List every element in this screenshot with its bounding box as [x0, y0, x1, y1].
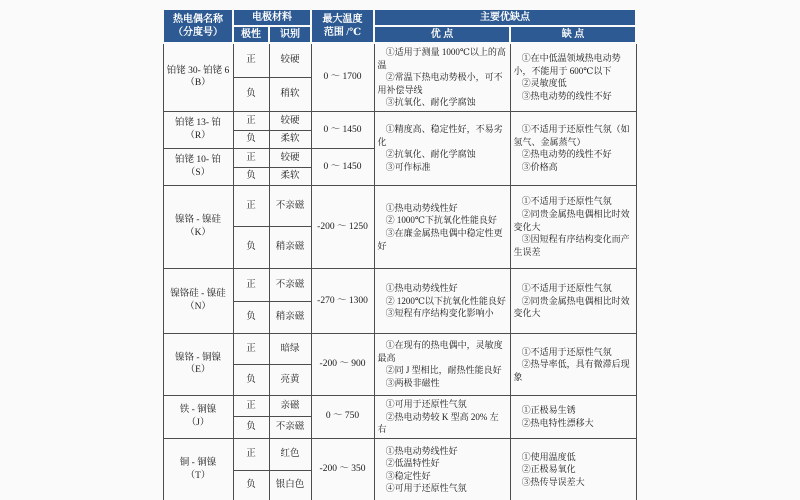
thermocouple-name: 铁 - 铜镍 （J） [163, 395, 233, 438]
advantages-cell: ①在现有的热电偶中，灵敏度最高 ②同 J 型相比，耐热性能良好 ③两极非磁性 [374, 333, 510, 395]
table-row: 铜 - 铜镍 （T） 正 红色 -200 ～ 350 ①热电动势线性好 ②低温特… [163, 438, 636, 470]
temp-range-cell: -200 ～ 1250 [311, 185, 374, 268]
advantage-item: ③两极非磁性 [378, 377, 507, 390]
disadvantages-cell: ①使用温度低 ②正极易氧化 ③热传导误差大 [510, 438, 636, 500]
polarity-cell: 负 [233, 417, 269, 438]
disadvantages-cell: ①不适用于还原性气氛 ②热导率低，具有微滞后现象 [510, 333, 636, 395]
temp-range-cell: 0 ～ 1450 [311, 111, 374, 148]
advantage-item: ②热电动势较 K 型高 20% 左右 [378, 411, 507, 436]
header-name-line1: 热电偶名称 [166, 13, 230, 27]
advantage-item: ② 1200℃以下抗氧化性能良好 [378, 295, 507, 308]
identification-cell: 柔软 [269, 130, 311, 148]
polarity-cell: 正 [233, 148, 269, 167]
advantages-cell: ①热电动势线性好 ② 1200℃以下抗氧化性能良好 ③短程有序结构变化影响小 [374, 268, 510, 333]
advantage-item: ③在廉金属热电偶中稳定性更好 [378, 227, 507, 252]
polarity-cell: 负 [233, 130, 269, 148]
disadvantage-item: ③因短程有序结构变化而产生误差 [514, 233, 633, 258]
header-material: 电极材料 [233, 9, 311, 26]
code-line: （B） [166, 77, 231, 90]
disadvantages-cell: ①正极易生锈 ②热电特性漂移大 [510, 395, 636, 438]
header-advantages: 优 点 [374, 26, 510, 43]
code-line: （J） [166, 417, 231, 430]
advantages-cell: ①热电动势线性好 ②低温特性好 ③稳定性好 ④可用于还原性气氛 [374, 438, 510, 500]
disadvantage-item: ①不适用于还原性气氛（如氢气、金属蒸气） [514, 123, 633, 148]
disadvantage-item: ②热导率低，具有微滞后现象 [514, 358, 633, 383]
advantage-item: ①在现有的热电偶中，灵敏度最高 [378, 339, 507, 364]
disadvantage-item: ①不适用于还原性气氛 [514, 195, 633, 208]
code-line: （K） [166, 227, 231, 240]
disadvantage-item: ②灵敏度低 [514, 77, 633, 90]
advantage-item: ①热电动势线性好 [378, 445, 507, 458]
table-row: 镍铬 - 铜镍 （E） 正 暗绿 -200 ～ 900 ①在现有的热电偶中，灵敏… [163, 333, 636, 364]
name-line: 镍铬 - 镍硅 [166, 214, 231, 227]
temp-range-cell: 0 ～ 1450 [311, 148, 374, 185]
disadvantage-item: ①使用温度低 [514, 451, 633, 464]
identification-cell: 暗绿 [269, 333, 311, 364]
disadvantage-item: ①不适用于还原性气氛 [514, 282, 633, 295]
advantage-item: ②同 J 型相比，耐热性能良好 [378, 364, 507, 377]
polarity-cell: 负 [233, 301, 269, 333]
thermocouple-name: 铂铑 10- 铂 （S） [163, 148, 233, 185]
disadvantages-cell: ①不适用于还原性气氛（如氢气、金属蒸气） ②热电动势的线性不好 ③价格高 [510, 111, 636, 185]
identification-cell: 稍亲磁 [269, 301, 311, 333]
header-identification: 识别 [269, 26, 311, 43]
disadvantage-item: ①不适用于还原性气氛 [514, 346, 633, 359]
header-polarity: 极性 [233, 26, 269, 43]
code-line: （N） [166, 301, 231, 314]
advantage-item: ③抗氧化、耐化学腐蚀 [378, 96, 507, 109]
thermocouple-table-wrap: 热电偶名称 （分度号） 电极材料 最大温度 范围 /℃ 主要优缺点 极性 识别 … [162, 8, 637, 500]
name-line: 铜 - 铜镍 [166, 457, 231, 470]
disadvantage-item: ①正极易生锈 [514, 404, 633, 417]
thermocouple-name: 镍铬 - 镍硅 （K） [163, 185, 233, 268]
identification-cell: 亲磁 [269, 395, 311, 416]
disadvantage-item: ①在中低温领域热电动势小，不能用于 600℃以下 [514, 52, 633, 77]
header-pros-cons: 主要优缺点 [374, 9, 636, 26]
disadvantage-item: ②同贵金属热电偶相比时效变化大 [514, 208, 633, 233]
identification-cell: 较硬 [269, 148, 311, 167]
advantage-item: ④可用于还原性气氛 [378, 482, 507, 495]
table-row: 铁 - 铜镍 （J） 正 亲磁 0 ～ 750 ①可用于还原性气氛 ②热电动势较… [163, 395, 636, 416]
thermocouple-name: 镍铬 - 铜镍 （E） [163, 333, 233, 395]
disadvantage-item: ②正极易氧化 [514, 463, 633, 476]
advantage-item: ①适用于测量 1000℃以上的高温 [378, 46, 507, 71]
thermocouple-name: 铜 - 铜镍 （T） [163, 438, 233, 500]
identification-cell: 柔软 [269, 167, 311, 185]
polarity-cell: 正 [233, 395, 269, 416]
polarity-cell: 正 [233, 333, 269, 364]
code-line: （T） [166, 470, 231, 483]
table-row: 铂铑 13- 铂 （R） 正 较硬 0 ～ 1450 ①精度高、稳定性好，不易劣… [163, 111, 636, 130]
disadvantages-cell: ①在中低温领域热电动势小，不能用于 600℃以下 ②灵敏度低 ③热电动势的线性不… [510, 43, 636, 111]
advantage-item: ①可用于还原性气氛 [378, 398, 507, 411]
polarity-cell: 负 [233, 77, 269, 111]
header-name: 热电偶名称 （分度号） [163, 9, 233, 43]
disadvantage-item: ②热电动势的线性不好 [514, 148, 633, 161]
header-temp-line1: 最大温度 [314, 13, 371, 27]
disadvantage-item: ③热电动势的线性不好 [514, 90, 633, 103]
polarity-cell: 负 [233, 364, 269, 395]
polarity-cell: 正 [233, 268, 269, 301]
disadvantage-item: ③价格高 [514, 161, 633, 174]
polarity-cell: 负 [233, 167, 269, 185]
name-line: 铂铑 13- 铂 [166, 117, 231, 130]
advantage-item: ①精度高、稳定性好，不易劣化 [378, 123, 507, 148]
identification-cell: 银白色 [269, 470, 311, 500]
polarity-cell: 正 [233, 111, 269, 130]
temp-range-cell: -200 ～ 900 [311, 333, 374, 395]
thermocouple-name: 铂铑 30- 铂铑 6 （B） [163, 43, 233, 111]
polarity-cell: 正 [233, 438, 269, 470]
advantage-item: ①热电动势线性好 [378, 282, 507, 295]
identification-cell: 红色 [269, 438, 311, 470]
identification-cell: 不亲磁 [269, 268, 311, 301]
code-line: （S） [166, 167, 231, 180]
temp-range-cell: -270 ～ 1300 [311, 268, 374, 333]
advantage-item: ③短程有序结构变化影响小 [378, 307, 507, 320]
code-line: （R） [166, 130, 231, 143]
advantage-item: ②抗氧化、耐化学腐蚀 [378, 148, 507, 161]
identification-cell: 较硬 [269, 111, 311, 130]
name-line: 镍铬 - 铜镍 [166, 352, 231, 365]
header-row-2: 极性 识别 优 点 缺 点 [163, 26, 636, 43]
name-line: 铂铑 10- 铂 [166, 154, 231, 167]
advantages-cell: ①可用于还原性气氛 ②热电动势较 K 型高 20% 左右 [374, 395, 510, 438]
temp-range-cell: 0 ～ 750 [311, 395, 374, 438]
temp-range-cell: 0 ～ 1700 [311, 43, 374, 111]
disadvantage-item: ②热电特性漂移大 [514, 417, 633, 430]
advantage-item: ②常温下热电动势极小，可不用补偿导线 [378, 71, 507, 96]
identification-cell: 亮黄 [269, 364, 311, 395]
code-line: （E） [166, 364, 231, 377]
disadvantages-cell: ①不适用于还原性气氛 ②同贵金属热电偶相比时效变化大 [510, 268, 636, 333]
identification-cell: 不亲磁 [269, 185, 311, 226]
thermocouple-name: 镍铬硅 - 镍硅 （N） [163, 268, 233, 333]
thermocouple-table: 热电偶名称 （分度号） 电极材料 最大温度 范围 /℃ 主要优缺点 极性 识别 … [162, 8, 637, 500]
advantage-item: ③可作标准 [378, 161, 507, 174]
identification-cell: 不亲磁 [269, 417, 311, 438]
name-line: 铂铑 30- 铂铑 6 [166, 65, 231, 78]
disadvantage-item: ③热传导误差大 [514, 476, 633, 489]
disadvantages-cell: ①不适用于还原性气氛 ②同贵金属热电偶相比时效变化大 ③因短程有序结构变化而产生… [510, 185, 636, 268]
name-line: 铁 - 铜镍 [166, 404, 231, 417]
polarity-cell: 正 [233, 185, 269, 226]
identification-cell: 稍软 [269, 77, 311, 111]
temp-range-cell: -200 ～ 350 [311, 438, 374, 500]
header-disadvantages: 缺 点 [510, 26, 636, 43]
header-row-1: 热电偶名称 （分度号） 电极材料 最大温度 范围 /℃ 主要优缺点 [163, 9, 636, 26]
thermocouple-name: 铂铑 13- 铂 （R） [163, 111, 233, 148]
polarity-cell: 负 [233, 470, 269, 500]
advantage-item: ③稳定性好 [378, 470, 507, 483]
header-temp-line2: 范围 /℃ [314, 26, 371, 40]
header-name-line2: （分度号） [166, 26, 230, 40]
table-row: 镍铬硅 - 镍硅 （N） 正 不亲磁 -270 ～ 1300 ①热电动势线性好 … [163, 268, 636, 301]
advantage-item: ①热电动势线性好 [378, 202, 507, 215]
advantages-cell: ①适用于测量 1000℃以上的高温 ②常温下热电动势极小，可不用补偿导线 ③抗氧… [374, 43, 510, 111]
polarity-cell: 负 [233, 226, 269, 268]
disadvantage-item: ②同贵金属热电偶相比时效变化大 [514, 295, 633, 320]
advantages-cell: ①精度高、稳定性好，不易劣化 ②抗氧化、耐化学腐蚀 ③可作标准 [374, 111, 510, 185]
table-row: 镍铬 - 镍硅 （K） 正 不亲磁 -200 ～ 1250 ①热电动势线性好 ②… [163, 185, 636, 226]
polarity-cell: 正 [233, 43, 269, 77]
name-line: 镍铬硅 - 镍硅 [166, 288, 231, 301]
header-temp-range: 最大温度 范围 /℃ [311, 9, 374, 43]
advantages-cell: ①热电动势线性好 ② 1000℃下抗氧化性能良好 ③在廉金属热电偶中稳定性更好 [374, 185, 510, 268]
table-row: 铂铑 30- 铂铑 6 （B） 正 较硬 0 ～ 1700 ①适用于测量 100… [163, 43, 636, 77]
advantage-item: ② 1000℃下抗氧化性能良好 [378, 214, 507, 227]
identification-cell: 稍亲磁 [269, 226, 311, 268]
advantage-item: ②低温特性好 [378, 457, 507, 470]
identification-cell: 较硬 [269, 43, 311, 77]
